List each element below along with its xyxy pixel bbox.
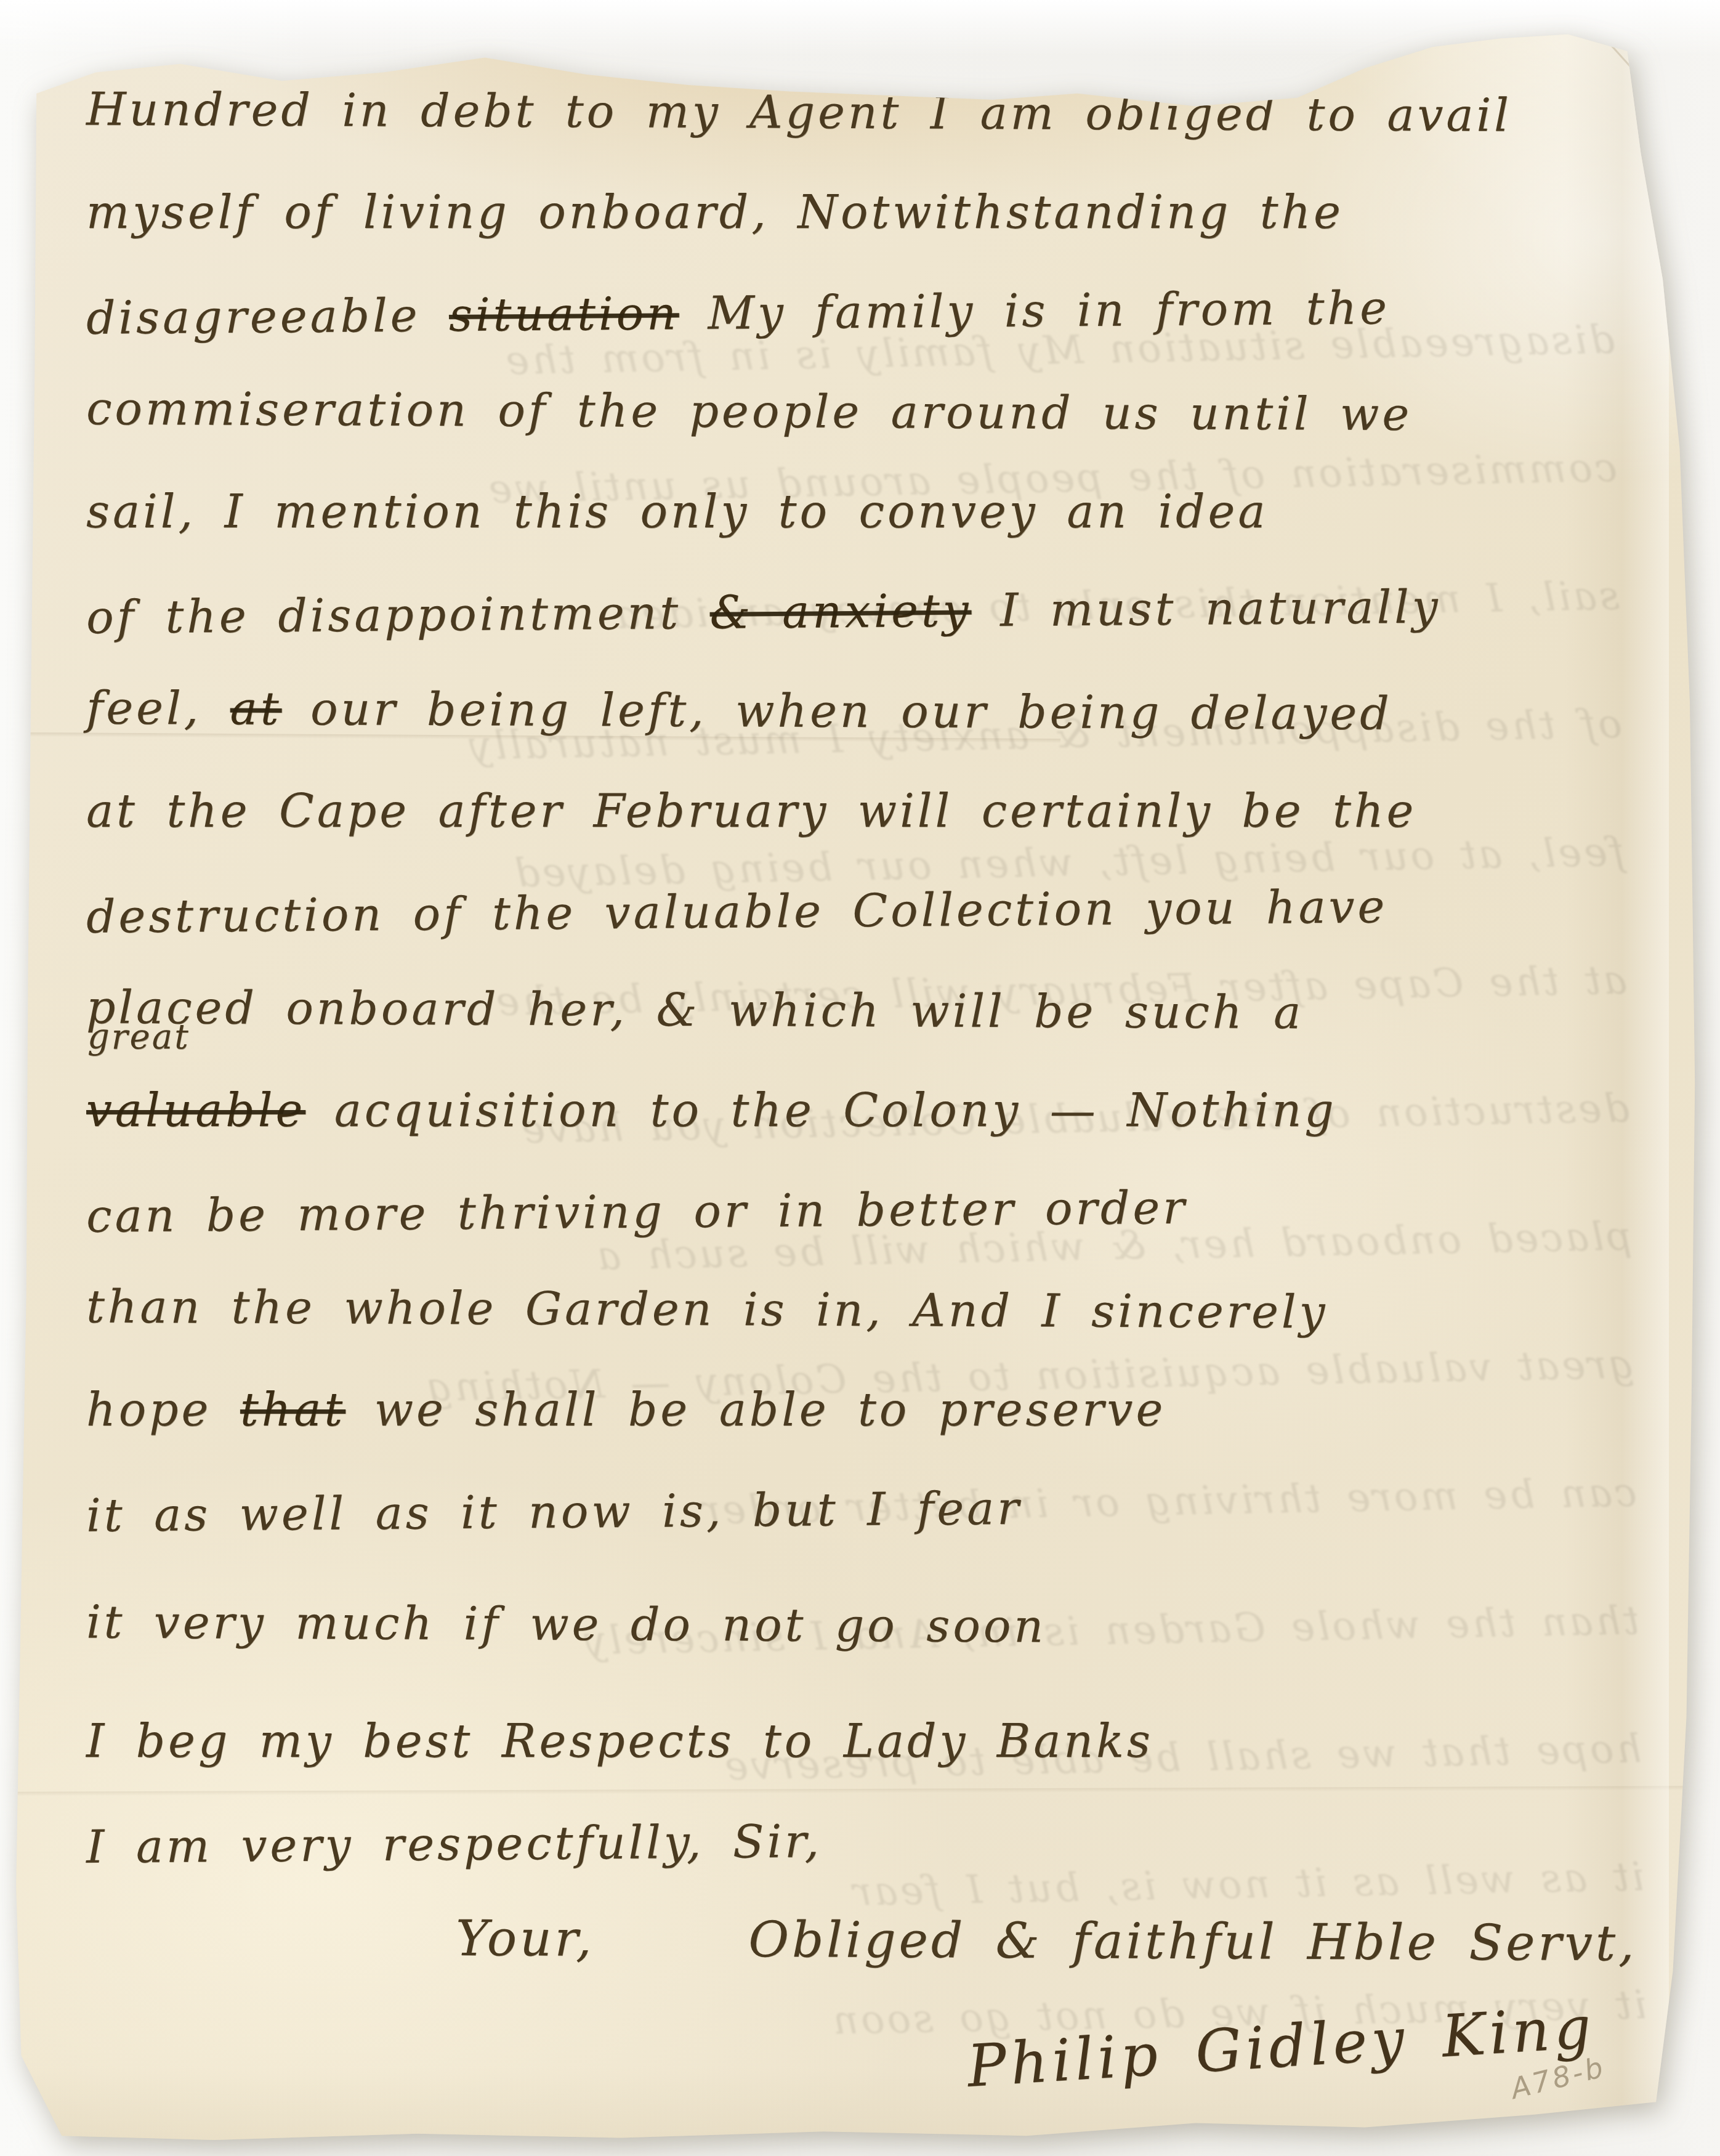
letter-line: sail, I mention this only to convey an i…: [86, 462, 1613, 562]
text-run: than the whole Garden is in, And I since…: [86, 1281, 1328, 1339]
struck-word: valuable: [86, 1084, 305, 1137]
text-run: at the Cape after February will certainl…: [86, 785, 1416, 838]
text-run: it very much if we do not go soon: [86, 1596, 1046, 1653]
letter-line: than the whole Garden is in, And I since…: [86, 1257, 1614, 1364]
text-run: feel,: [86, 682, 230, 736]
letter-line: commiseration of the people around us un…: [86, 359, 1614, 466]
text-run: placed onboard her, & which will be such…: [86, 981, 1304, 1040]
text-run: we shall be able to preserve: [345, 1384, 1166, 1437]
text-run: disagreeable: [86, 289, 450, 345]
inserted-word: great: [87, 1020, 190, 1055]
letter-line: hope that we shall be able to preserve: [86, 1360, 1613, 1460]
struck-word: at: [230, 683, 282, 736]
struck-word: that: [240, 1384, 345, 1437]
text-run: destruction of the valuable Collection y…: [86, 880, 1388, 944]
text-run: I am very respectfully, Sir,: [86, 1815, 823, 1873]
letter-line: Hundred in debt to my Agent I am obliged…: [86, 60, 1614, 166]
text-run: I beg my best Respects to Lady Banks: [86, 1715, 1153, 1768]
letter-line-closing: Your,Obliged & faithful Hble Servt,: [456, 1889, 1614, 1993]
text-run: can be more thriving or in better order: [86, 1181, 1188, 1243]
text-run: hope: [86, 1384, 240, 1437]
text-run: it as well as it now is, but I fear: [86, 1482, 1022, 1542]
struck-word: & anxiety: [709, 584, 972, 639]
letter-line: at the Cape after February will certainl…: [86, 761, 1613, 861]
letter-line: myself of living onboard, Notwithstandin…: [86, 163, 1613, 262]
letter-line: disagreeable situation My family is in f…: [86, 256, 1613, 368]
letter-line: feel, at our being left, when our being …: [86, 659, 1614, 765]
letter-line: can be more thriving or in better order: [86, 1154, 1613, 1266]
letter-line: of the disappointment & anxiety I must n…: [86, 556, 1613, 667]
struck-word: situation: [449, 287, 679, 342]
letter-line: it as well as it now is, but I fear: [86, 1454, 1613, 1565]
letter-line: greatvaluable acquisition to the Colony …: [86, 1061, 1613, 1161]
text-run: Philip Gidley King: [966, 1994, 1597, 2101]
letter-line: it very much if we do not go soon: [86, 1573, 1614, 1679]
text-run: Obliged & faithful Hble Servt,: [748, 1911, 1637, 1972]
letter-line: destruction of the valuable Collection y…: [86, 855, 1613, 967]
letter-line: I beg my best Respects to Lady Banks: [86, 1692, 1613, 1791]
letter-body: Hundred in debt to my Agent I am obliged…: [86, 63, 1613, 2097]
text-run: I must naturally: [971, 580, 1441, 637]
text-run: My family is in from the: [679, 282, 1390, 340]
text-run: commiseration of the people around us un…: [86, 383, 1412, 441]
text-run: sail, I mention this only to convey an i…: [86, 485, 1268, 538]
letter-line: I am very respectfully, Sir,: [86, 1785, 1613, 1897]
text-run: acquisition to the Colony — Nothing: [305, 1084, 1336, 1137]
text-run: myself of living onboard, Notwithstandin…: [86, 186, 1344, 239]
letter-paper: disagreeable situation My family is in f…: [11, 26, 1703, 2140]
text-run: Your,: [456, 1910, 595, 1968]
text-run: of the disappointment: [86, 586, 710, 644]
letter-line: placed onboard her, & which will be such…: [86, 958, 1614, 1064]
text-run: our being left, when our being delayed: [281, 683, 1392, 740]
text-run: Hundred in debt to my Agent I am obliged…: [86, 83, 1512, 142]
paper-shadow-wrap: disagreeable situation My family is in f…: [0, 0, 1720, 2156]
scanned-letter-page: disagreeable situation My family is in f…: [0, 0, 1720, 2156]
